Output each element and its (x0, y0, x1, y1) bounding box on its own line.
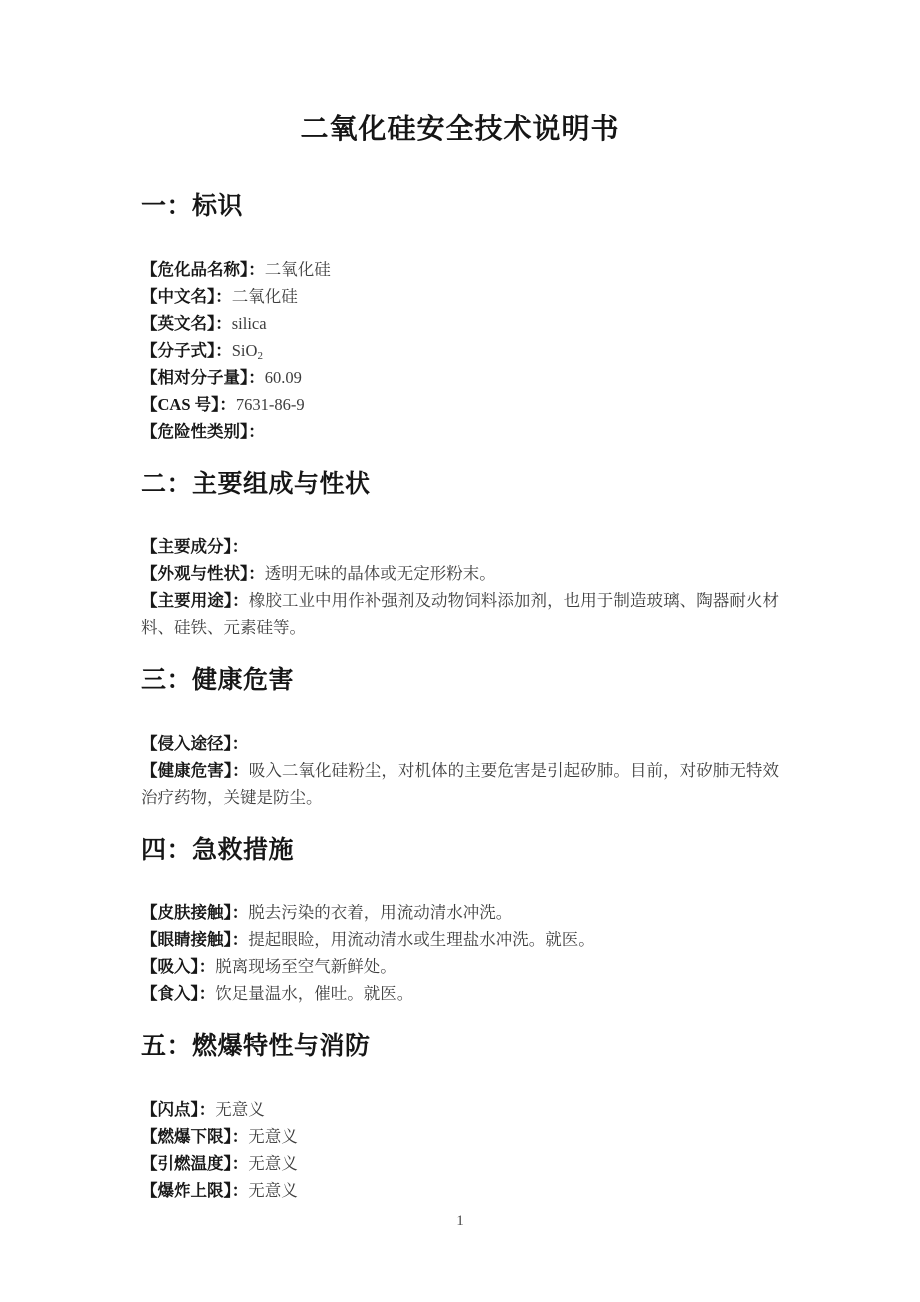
field-row-ignition-temperature: 【引燃温度】：无意义 (141, 1150, 779, 1177)
field-row-entry-routes: 【侵入途径】： (141, 730, 779, 757)
field-row-chinese-name: 【中文名】：二氧化硅 (141, 283, 779, 310)
formula-subscript: 2 (257, 350, 263, 362)
section-health-hazard: 【侵入途径】： 【健康危害】：吸入二氧化硅粉尘，对机体的主要危害是引起矽肺。目前… (141, 730, 779, 811)
section-fire-explosion: 【闪点】：无意义 【燃爆下限】：无意义 【引燃温度】：无意义 【爆炸上限】：无意… (141, 1096, 779, 1204)
field-value: 无意义 (248, 1127, 298, 1146)
field-row-english-name: 【英文名】：silica (141, 310, 779, 337)
field-label: 【食入】： (141, 984, 215, 1003)
field-label: 【健康危害】： (141, 761, 249, 780)
field-value: 无意义 (248, 1181, 298, 1200)
field-value: 脱离现场至空气新鲜处。 (215, 957, 397, 976)
section-heading-health-hazard: 三：健康危害 (141, 665, 779, 698)
field-value: silica (232, 314, 267, 333)
section-heading-composition: 二：主要组成与性状 (141, 469, 779, 502)
field-label: 【CAS 号】： (141, 395, 236, 414)
field-row-inhalation: 【吸入】：脱离现场至空气新鲜处。 (141, 953, 779, 980)
field-label: 【爆炸上限】： (141, 1181, 248, 1200)
field-label: 【分子式】： (141, 341, 232, 360)
field-row-ingestion: 【食入】：饮足量温水，催吐。就医。 (141, 980, 779, 1007)
section-composition: 【主要成分】： 【外观与性状】：透明无味的晶体或无定形粉末。 【主要用途】：橡胶… (141, 533, 779, 641)
field-row-molecular-weight: 【相对分子量】：60.09 (141, 364, 779, 391)
section-heading-first-aid: 四：急救措施 (141, 835, 779, 868)
field-label: 【主要成分】： (141, 537, 248, 556)
field-label: 【燃爆下限】： (141, 1127, 248, 1146)
field-row-appearance: 【外观与性状】：透明无味的晶体或无定形粉末。 (141, 560, 779, 587)
document-title: 二氧化硅安全技术说明书 (141, 112, 779, 147)
field-value: 60.09 (265, 368, 302, 387)
field-row-cas-number: 【CAS 号】：7631-86-9 (141, 391, 779, 418)
field-value: 透明无味的晶体或无定形粉末。 (265, 564, 496, 583)
field-label: 【危险性类别】： (141, 422, 265, 441)
field-value: 二氧化硅 (232, 287, 298, 306)
field-label: 【危化品名称】： (141, 260, 265, 279)
field-label: 【吸入】： (141, 957, 215, 976)
field-label: 【相对分子量】： (141, 368, 265, 387)
field-label: 【英文名】： (141, 314, 232, 333)
field-row-main-components: 【主要成分】： (141, 533, 779, 560)
field-row-eye-contact: 【眼睛接触】：提起眼睑，用流动清水或生理盐水冲洗。就医。 (141, 926, 779, 953)
field-row-main-uses: 【主要用途】：橡胶工业中用作补强剂及动物饲料添加剂，也用于制造玻璃、陶器耐火材料… (141, 587, 779, 641)
field-label: 【眼睛接触】： (141, 930, 248, 949)
field-label: 【闪点】： (141, 1100, 215, 1119)
field-value: 提起眼睑，用流动清水或生理盐水冲洗。就医。 (248, 930, 595, 949)
field-row-molecular-formula: 【分子式】：SiO2 (141, 337, 779, 364)
field-value: 7631-86-9 (236, 395, 305, 414)
field-label: 【中文名】： (141, 287, 232, 306)
field-label: 【外观与性状】： (141, 564, 265, 583)
section-identification: 【危化品名称】：二氧化硅 【中文名】：二氧化硅 【英文名】：silica 【分子… (141, 256, 779, 445)
field-row-health-hazard: 【健康危害】：吸入二氧化硅粉尘，对机体的主要危害是引起矽肺。目前，对矽肺无特效治… (141, 757, 779, 811)
field-value: 二氧化硅 (265, 260, 331, 279)
section-first-aid: 【皮肤接触】：脱去污染的衣着，用流动清水冲洗。 【眼睛接触】：提起眼睑，用流动清… (141, 899, 779, 1007)
field-value: 无意义 (248, 1154, 298, 1173)
field-value: 饮足量温水，催吐。就医。 (215, 984, 413, 1003)
field-row-flash-point: 【闪点】：无意义 (141, 1096, 779, 1123)
field-row-hazard-class: 【危险性类别】： (141, 418, 779, 445)
field-label: 【皮肤接触】： (141, 903, 248, 922)
section-heading-identification: 一：标识 (141, 191, 779, 224)
page-number: 1 (0, 1213, 920, 1230)
document-page: 二氧化硅安全技术说明书 一：标识 【危化品名称】：二氧化硅 【中文名】：二氧化硅… (0, 0, 920, 1302)
field-row-skin-contact: 【皮肤接触】：脱去污染的衣着，用流动清水冲洗。 (141, 899, 779, 926)
field-value: 无意义 (215, 1100, 265, 1119)
field-row-upper-explosion-limit: 【爆炸上限】：无意义 (141, 1177, 779, 1204)
formula-base: SiO (232, 341, 258, 360)
field-label: 【引燃温度】： (141, 1154, 248, 1173)
field-label: 【侵入途径】： (141, 734, 248, 753)
document-content: 二氧化硅安全技术说明书 一：标识 【危化品名称】：二氧化硅 【中文名】：二氧化硅… (0, 0, 920, 1204)
section-heading-fire-explosion: 五：燃爆特性与消防 (141, 1031, 779, 1064)
field-value: 脱去污染的衣着，用流动清水冲洗。 (248, 903, 512, 922)
field-row-hazchem-name: 【危化品名称】：二氧化硅 (141, 256, 779, 283)
field-label: 【主要用途】： (141, 591, 249, 610)
field-value: SiO2 (232, 341, 263, 360)
field-row-lower-explosion-limit: 【燃爆下限】：无意义 (141, 1123, 779, 1150)
